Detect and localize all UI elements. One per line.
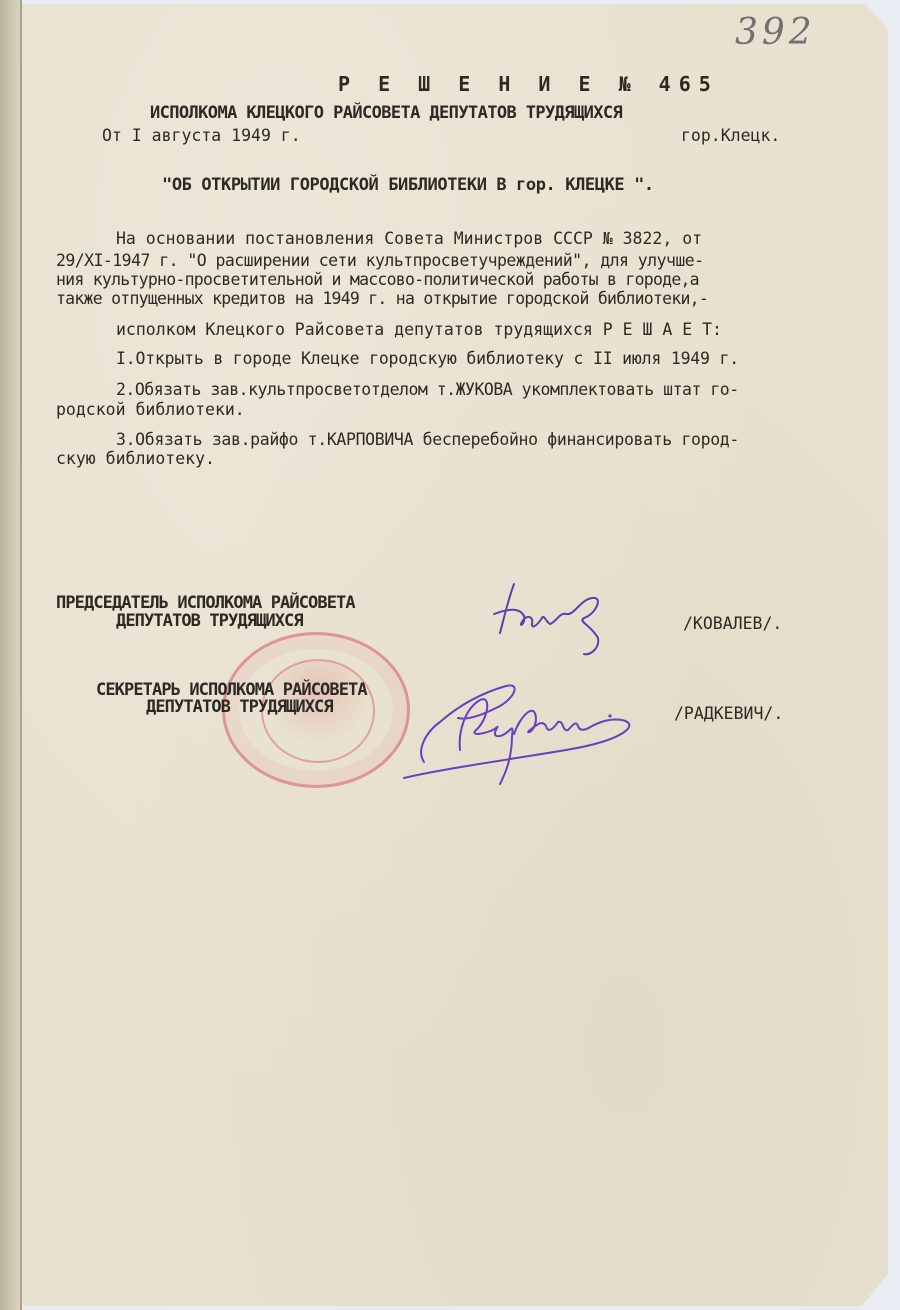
resolution-item-3: 3.Обязать зав.райфо т.КАРПОВИЧА беспереб… (116, 430, 739, 449)
document-title: Р Е Ш Е Н И Е № 465 (338, 72, 719, 96)
preamble-line: 29/XI-1947 г. "О расширении сети культпр… (56, 251, 704, 270)
document-page: 392 Р Е Ш Е Н И Е № 465 ИСПОЛКОМА КЛЕЦКО… (0, 0, 900, 1310)
preamble-line: ния культурно-просветительной и массово-… (56, 270, 699, 289)
document-date: От I августа 1949 г. (102, 126, 301, 145)
document-subject: "ОБ ОТКРЫТИИ ГОРОДСКОЙ БИБЛИОТЕКИ В гор.… (162, 175, 654, 195)
chairman-name: /КОВАЛЕВ/. (683, 614, 782, 633)
secretary-title-cont: ДЕПУТАТОВ ТРУДЯЩИХСЯ (146, 697, 333, 717)
resolution-item-1: I.Открыть в городе Клецке городскую библ… (116, 349, 739, 368)
paper-sheet (14, 4, 888, 1306)
binding-edge (0, 0, 22, 1310)
resolution-item-2: 2.Обязать зав.культпросветотделом т.ЖУКО… (116, 380, 739, 399)
folio-number: 392 (735, 12, 816, 53)
secretary-name: /РАДКЕВИЧ/. (674, 704, 783, 723)
binding-fold (20, 0, 22, 1310)
preamble-line: также отпущенных кредитов на 1949 г. на … (56, 289, 708, 308)
chairman-signature (480, 578, 630, 658)
chairman-title: ПРЕДСЕДАТЕЛЬ ИСПОЛКОМА РАЙСОВЕТА (56, 593, 355, 613)
document-place: гор.Клецк. (681, 126, 780, 145)
resolves-line: исполком Клецкого Райсовета депутатов тр… (116, 320, 722, 339)
resolution-item-2-cont: родской библиотеки. (56, 400, 245, 419)
secretary-signature (396, 680, 656, 790)
chairman-title-cont: ДЕПУТАТОВ ТРУДЯЩИХСЯ (116, 611, 303, 631)
resolution-item-3-cont: скую библиотеку. (56, 449, 215, 468)
issuing-body: ИСПОЛКОМА КЛЕЦКОГО РАЙСОВЕТА ДЕПУТАТОВ Т… (150, 103, 622, 123)
preamble-line: На основании постановления Совета Минист… (116, 229, 702, 248)
